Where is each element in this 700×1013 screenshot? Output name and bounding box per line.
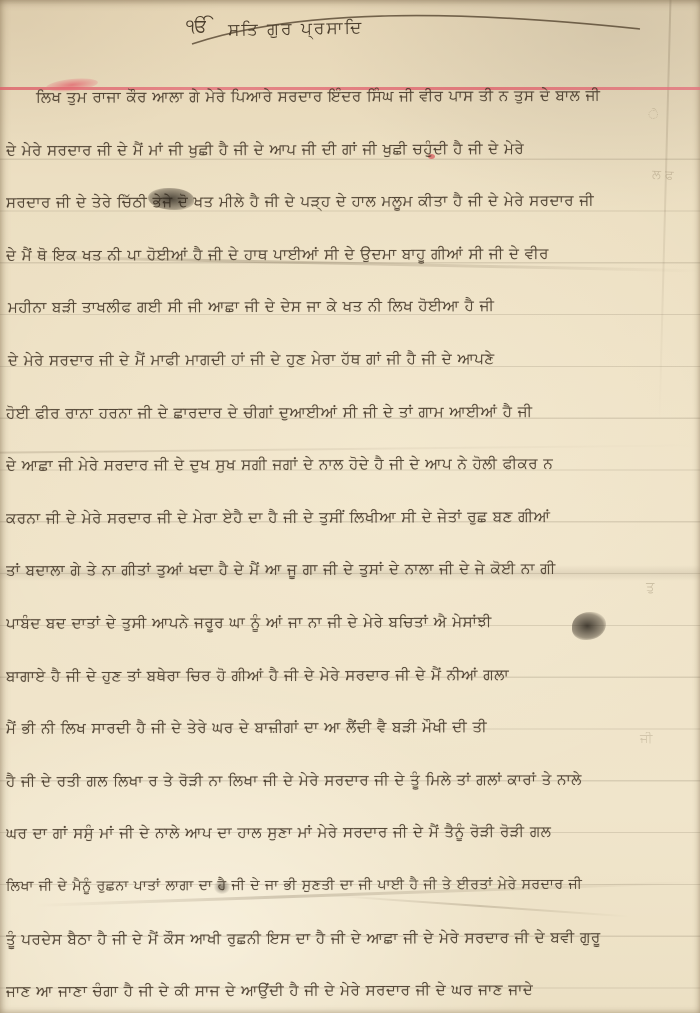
letter-body: ਲਿਖ ਤੁਮ ਰਾਜਾ ਕੌਰ ਆਲਾ ਗੇ ਮੇਰੇ ਪਿਆਰੇ ਸਰਦਾਰ…: [6, 70, 696, 1013]
handwriting-line-partial: ਜਾਣ ਆ ਜਾਣਾ ਚੰਗਾ ਹੈ ਜੀ ਦੇ ਕੀ ਸਾਜ ਦੇ ਆਉਂਦੀ…: [6, 963, 696, 1013]
ik-onkar-symbol: ੴ: [186, 16, 208, 37]
handwriting-line: ਕਰਨਾ ਜੀ ਦੇ ਮੇਰੇ ਸਰਦਾਰ ਜੀ ਦੇ ਮੇਰਾ ਏਹੈ ਦਾ …: [6, 490, 696, 545]
letter-page: ੴ ਸਤਿ ਗੁਰ ਪ੍ਰਸਾਦਿ ਲਿਖ ਤੁਮ ਰਾਜਾ ਕੌਰ ਆਲਾ ਗ…: [0, 0, 700, 1013]
handwriting-line: ਸਰਦਾਰ ਜੀ ਦੇ ਤੇਰੇ ਚਿੱਠੀ ਭੇਜੇ ਦੋ ਖਤ ਮੀਲੇ ਹ…: [6, 174, 696, 229]
handwriting-line: ਦੇ ਆਛਾ ਜੀ ਮੇਰੇ ਸਰਦਾਰ ਜੀ ਦੇ ਦੁਖ ਸੁਖ ਸਗੀ ਜ…: [6, 437, 696, 492]
handwriting-line: ਤਾਂ ਬਦਾਲਾ ਗੇ ਤੇ ਨਾ ਗੀਤਾਂ ਤੁਆਂ ਖਦਾ ਹੈ ਦੇ …: [6, 542, 696, 597]
handwriting-line: ਮੈਂ ਭੀ ਨੀ ਲਿਖ ਸਾਰਦੀ ਹੈ ਜੀ ਦੇ ਤੇਰੇ ਘਰ ਦੇ …: [6, 700, 696, 755]
handwriting-line: ਦੇ ਮੇਰੇ ਸਰਦਾਰ ਜੀ ਦੇ ਮੈਂ ਮਾਫੀ ਮਾਗਦੀ ਹਾਂ ਜ…: [6, 332, 668, 387]
ink-blot-small: [214, 880, 230, 894]
handwriting-line: ਹੈ ਜੀ ਦੇ ਰਤੀ ਗਲ ਲਿਖਾ ਰ ਤੇ ਰੋੜੀ ਨਾ ਲਿਖਾ ਜ…: [6, 753, 696, 808]
handwriting-line: ਹੋਈ ਫੀਰ ਰਾਨਾ ਹਰਨਾ ਜੀ ਦੇ ਛਾਰਦਾਰ ਦੇ ਚੀਗਾਂ …: [6, 384, 696, 439]
handwriting-line: ਦੇ ਮੇਰੇ ਸਰਦਾਰ ਜੀ ਦੇ ਮੈਂ ਮਾਂ ਜੀ ਖੁਛੀ ਹੈ ਜ…: [6, 121, 696, 176]
handwriting-line: ਤੂੰ ਪਰਦੇਸ ਬੈਠਾ ਹੈ ਜੀ ਦੇ ਮੈਂ ਕੌਸ ਆਖੀ ਰੁਛਨ…: [6, 910, 696, 965]
handwriting-line: ਮਹੀਨਾ ਬੜੀ ਤਾਖਲੀਫ ਗਈ ਸੀ ਜੀ ਆਛਾ ਜੀ ਦੇ ਦੇਸ …: [6, 279, 648, 334]
handwriting-line: ਲਿਖਾ ਜੀ ਦੇ ਮੈਨੂੰ ਰੁਛਨਾ ਪਾਤਾਂ ਲਾਗਾ ਦਾ ਹੈ …: [6, 858, 696, 913]
header-invocation: ੴ ਸਤਿ ਗੁਰ ਪ੍ਰਸਾਦਿ: [0, 0, 700, 70]
handwriting-line: ਬਾਗਾਏ ਹੈ ਜੀ ਦੇ ਹੁਣ ਤਾਂ ਬਥੇਰਾ ਚਿਰ ਹੋ ਗੀਆਂ…: [6, 647, 696, 702]
handwriting-line: ਲਿਖ ਤੁਮ ਰਾਜਾ ਕੌਰ ਆਲਾ ਗੇ ਮੇਰੇ ਪਿਆਰੇ ਸਰਦਾਰ…: [6, 69, 696, 124]
handwriting-line: ਘਰ ਦਾ ਗਾਂ ਸਸੁੰ ਮਾਂ ਜੀ ਦੇ ਨਾਲੇ ਆਪ ਦਾ ਹਾਲ …: [6, 805, 696, 860]
handwriting-line: ਦੇ ਮੈਂ ਥੋ ਇਕ ਖਤ ਨੀ ਪਾ ਹੋਈਆਂ ਹੈ ਜੀ ਦੇ ਹਾਥ…: [6, 227, 696, 282]
